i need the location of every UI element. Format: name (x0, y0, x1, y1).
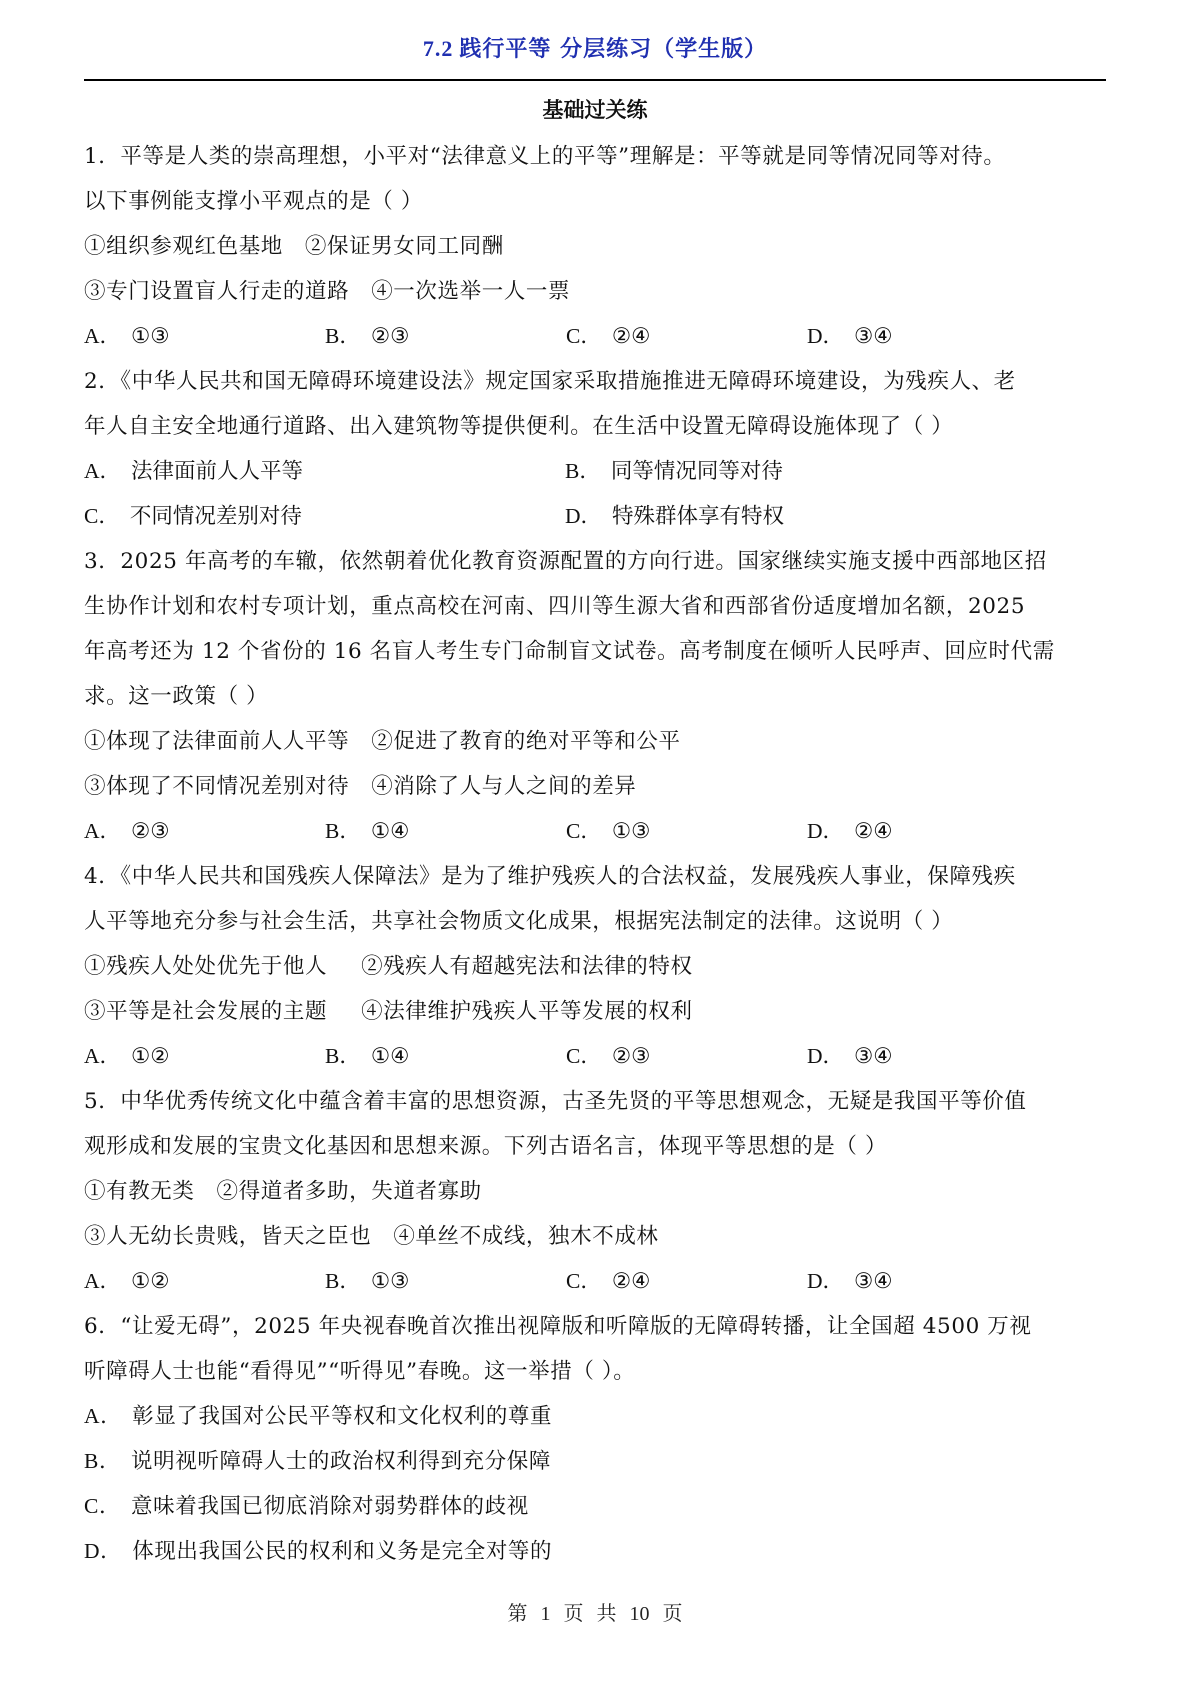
option-d[interactable]: D．③④ (807, 314, 1048, 359)
statement: ③平等是社会发展的主题 (84, 999, 327, 1024)
option-d[interactable]: D．体现出我国公民的权利和义务是完全对等的 (84, 1529, 1110, 1574)
statement: ②促进了教育的绝对平等和公平 (371, 729, 680, 754)
option-c[interactable]: C．②④ (566, 314, 807, 359)
question-list: 1．平等是人类的崇高理想，小平对“法律意义上的平等”理解是：平等就是同等情况同等… (84, 134, 1110, 1574)
page-title: 7.2践行平等 分层练习（学生版） (0, 32, 1190, 63)
statement-row: ①残疾人处处优先于他人②残疾人有超越宪法和法律的特权 (84, 944, 1110, 989)
statement: ②残疾人有超越宪法和法律的特权 (361, 954, 693, 979)
statement: ②得道者多助，失道者寡助 (217, 1179, 482, 1204)
question-5: 5．中华优秀传统文化中蕴含着丰富的思想资源，古圣先贤的平等思想观念，无疑是我国平… (84, 1079, 1110, 1304)
question-stem-line: 1．平等是人类的崇高理想，小平对“法律意义上的平等”理解是：平等就是同等情况同等… (84, 134, 1110, 179)
options-row: A．②③ B．①④ C．①③ D．②④ (84, 809, 1110, 854)
option-b[interactable]: B．②③ (325, 314, 566, 359)
option-d[interactable]: D．②④ (807, 809, 1048, 854)
option-b[interactable]: B．①③ (325, 1259, 566, 1304)
option-a[interactable]: A．法律面前人人平等 (84, 449, 565, 494)
option-a[interactable]: A．①② (84, 1259, 325, 1304)
question-stem-line: 年高考还为 12 个省份的 16 名盲人考生专门命制盲文试卷。高考制度在倾听人民… (84, 629, 1110, 674)
statement: ③专门设置盲人行走的道路 (84, 279, 349, 304)
question-3: 3．2025 年高考的车辙，依然朝着优化教育资源配置的方向行进。国家继续实施支援… (84, 539, 1110, 854)
option-a[interactable]: A．①② (84, 1034, 325, 1079)
options-row: A．①③ B．②③ C．②④ D．③④ (84, 314, 1110, 359)
question-number: 4． (84, 864, 120, 889)
option-c[interactable]: C．不同情况差别对待 (84, 494, 565, 539)
statement: ④法律维护残疾人平等发展的权利 (361, 999, 693, 1024)
statement-row: ③体现了不同情况差别对待④消除了人与人之间的差异 (84, 764, 1110, 809)
options-row: C．不同情况差别对待 D．特殊群体享有特权 (84, 494, 1110, 539)
statement: ①有教无类 (84, 1179, 195, 1204)
statement: ①残疾人处处优先于他人 (84, 954, 327, 979)
question-stem-line: 6．“让爱无碍”，2025 年央视春晚首次推出视障版和听障版的无障碍转播，让全国… (84, 1304, 1110, 1349)
option-b[interactable]: B．①④ (325, 809, 566, 854)
option-d[interactable]: D．③④ (807, 1259, 1048, 1304)
question-1: 1．平等是人类的崇高理想，小平对“法律意义上的平等”理解是：平等就是同等情况同等… (84, 134, 1110, 359)
statement: ③人无幼长贵贱，皆天之臣也 (84, 1224, 371, 1249)
option-c[interactable]: C．②③ (566, 1034, 807, 1079)
option-a[interactable]: A．彰显了我国对公民平等权和文化权利的尊重 (84, 1394, 1110, 1439)
question-stem-line: 3．2025 年高考的车辙，依然朝着优化教育资源配置的方向行进。国家继续实施支援… (84, 539, 1110, 584)
question-number: 2． (84, 369, 120, 394)
option-c[interactable]: C．①③ (566, 809, 807, 854)
page-footer: 第 1 页 共 10 页 (0, 1597, 1190, 1626)
question-number: 1． (84, 144, 120, 169)
options-row: A．①② B．①③ C．②④ D．③④ (84, 1259, 1110, 1304)
question-stem-line: 以下事例能支撑小平观点的是（ ） (84, 179, 1110, 224)
question-stem-line: 听障碍人士也能“看得见”“听得见”春晚。这一举措（ ）。 (84, 1349, 1110, 1394)
statement: ④一次选举一人一票 (371, 279, 570, 304)
statement: ④单丝不成线，独木不成林 (393, 1224, 658, 1249)
option-b[interactable]: B．同等情况同等对待 (565, 449, 1046, 494)
question-stem-line: 生协作计划和农村专项计划，重点高校在河南、四川等生源大省和西部省份适度增加名额，… (84, 584, 1110, 629)
statement: ①体现了法律面前人人平等 (84, 729, 349, 754)
option-c[interactable]: C．意味着我国已彻底消除对弱势群体的歧视 (84, 1484, 1110, 1529)
option-d[interactable]: D．③④ (807, 1034, 1048, 1079)
statement: ①组织参观红色基地 (84, 234, 283, 259)
options-row: A．①② B．①④ C．②③ D．③④ (84, 1034, 1110, 1079)
question-number: 3． (84, 549, 120, 574)
option-b[interactable]: B．①④ (325, 1034, 566, 1079)
question-stem-line: 年人自主安全地通行道路、出入建筑物等提供便利。在生活中设置无障碍设施体现了（ ） (84, 404, 1110, 449)
question-stem-line: 2．《中华人民共和国无障碍环境建设法》规定国家采取措施推进无障碍环境建设，为残疾… (84, 359, 1110, 404)
statement-row: ③平等是社会发展的主题④法律维护残疾人平等发展的权利 (84, 989, 1110, 1034)
statement-row: ①体现了法律面前人人平等②促进了教育的绝对平等和公平 (84, 719, 1110, 764)
question-number: 6． (84, 1314, 120, 1339)
statement-row: ①有教无类②得道者多助，失道者寡助 (84, 1169, 1110, 1214)
question-stem-line: 观形成和发展的宝贵文化基因和思想来源。下列古语名言，体现平等思想的是（ ） (84, 1124, 1110, 1169)
option-c[interactable]: C．②④ (566, 1259, 807, 1304)
header-rule (84, 79, 1106, 81)
question-2: 2．《中华人民共和国无障碍环境建设法》规定国家采取措施推进无障碍环境建设，为残疾… (84, 359, 1110, 539)
question-stem-line: 求。这一政策（ ） (84, 674, 1110, 719)
statement-row: ③专门设置盲人行走的道路④一次选举一人一票 (84, 269, 1110, 314)
question-stem-line: 4．《中华人民共和国残疾人保障法》是为了维护残疾人的合法权益，发展残疾人事业，保… (84, 854, 1110, 899)
statement-row: ①组织参观红色基地②保证男女同工同酬 (84, 224, 1110, 269)
option-b[interactable]: B．说明视听障碍人士的政治权利得到充分保障 (84, 1439, 1110, 1484)
section-heading: 基础过关练 (0, 94, 1190, 124)
statement: ④消除了人与人之间的差异 (371, 774, 636, 799)
statement: ③体现了不同情况差别对待 (84, 774, 349, 799)
question-stem-line: 人平等地充分参与社会生活，共享社会物质文化成果，根据宪法制定的法律。这说明（ ） (84, 899, 1110, 944)
options-row: A．法律面前人人平等 B．同等情况同等对待 (84, 449, 1110, 494)
title-number: 7.2 (423, 36, 454, 61)
option-a[interactable]: A．②③ (84, 809, 325, 854)
title-text: 践行平等 分层练习（学生版） (459, 37, 767, 62)
option-d[interactable]: D．特殊群体享有特权 (565, 494, 1046, 539)
statement: ②保证男女同工同酬 (305, 234, 504, 259)
question-4: 4．《中华人民共和国残疾人保障法》是为了维护残疾人的合法权益，发展残疾人事业，保… (84, 854, 1110, 1079)
option-a[interactable]: A．①③ (84, 314, 325, 359)
question-number: 5． (84, 1089, 120, 1114)
question-6: 6．“让爱无碍”，2025 年央视春晚首次推出视障版和听障版的无障碍转播，让全国… (84, 1304, 1110, 1574)
question-stem-line: 5．中华优秀传统文化中蕴含着丰富的思想资源，古圣先贤的平等思想观念，无疑是我国平… (84, 1079, 1110, 1124)
statement-row: ③人无幼长贵贱，皆天之臣也④单丝不成线，独木不成林 (84, 1214, 1110, 1259)
